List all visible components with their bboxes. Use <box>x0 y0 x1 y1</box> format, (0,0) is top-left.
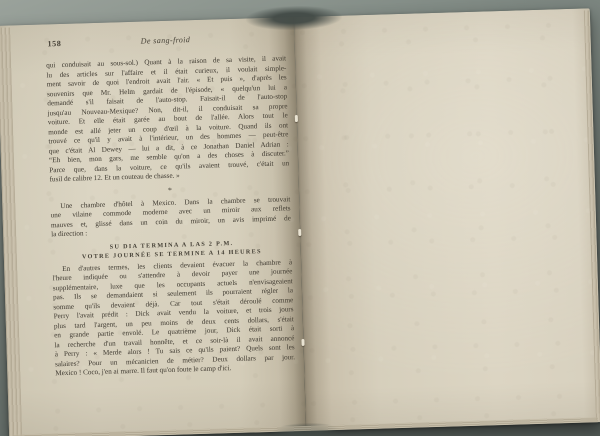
running-title-left: De sang-froid <box>45 31 285 49</box>
page-stack-edge-right <box>584 10 600 420</box>
page-left-body-text: qui conduisait au sous-sol.) Quant à la … <box>46 54 295 378</box>
page-number-left: 158 <box>47 38 61 49</box>
open-book: 158 De sang-froid qui conduisait au sous… <box>0 8 600 436</box>
photo-background: 158 De sang-froid qui conduisait au sous… <box>0 0 600 436</box>
page-stack-edge-left <box>0 28 22 436</box>
page-left-content: 158 De sang-froid qui conduisait au sous… <box>45 31 295 378</box>
paragraph: Une chambre d'hôtel à Mexico. Dans la ch… <box>50 195 291 240</box>
page-left: 158 De sang-froid qui conduisait au sous… <box>0 17 306 436</box>
paragraph: En d'autres termes, les clients devaient… <box>52 258 295 379</box>
page-header-left: 158 De sang-froid <box>45 31 285 49</box>
page-right: 159 Personnes inconnues Qu'on retourne a… <box>293 8 600 431</box>
paragraph: qui conduisait au sous-sol.) Quant à la … <box>46 54 290 185</box>
